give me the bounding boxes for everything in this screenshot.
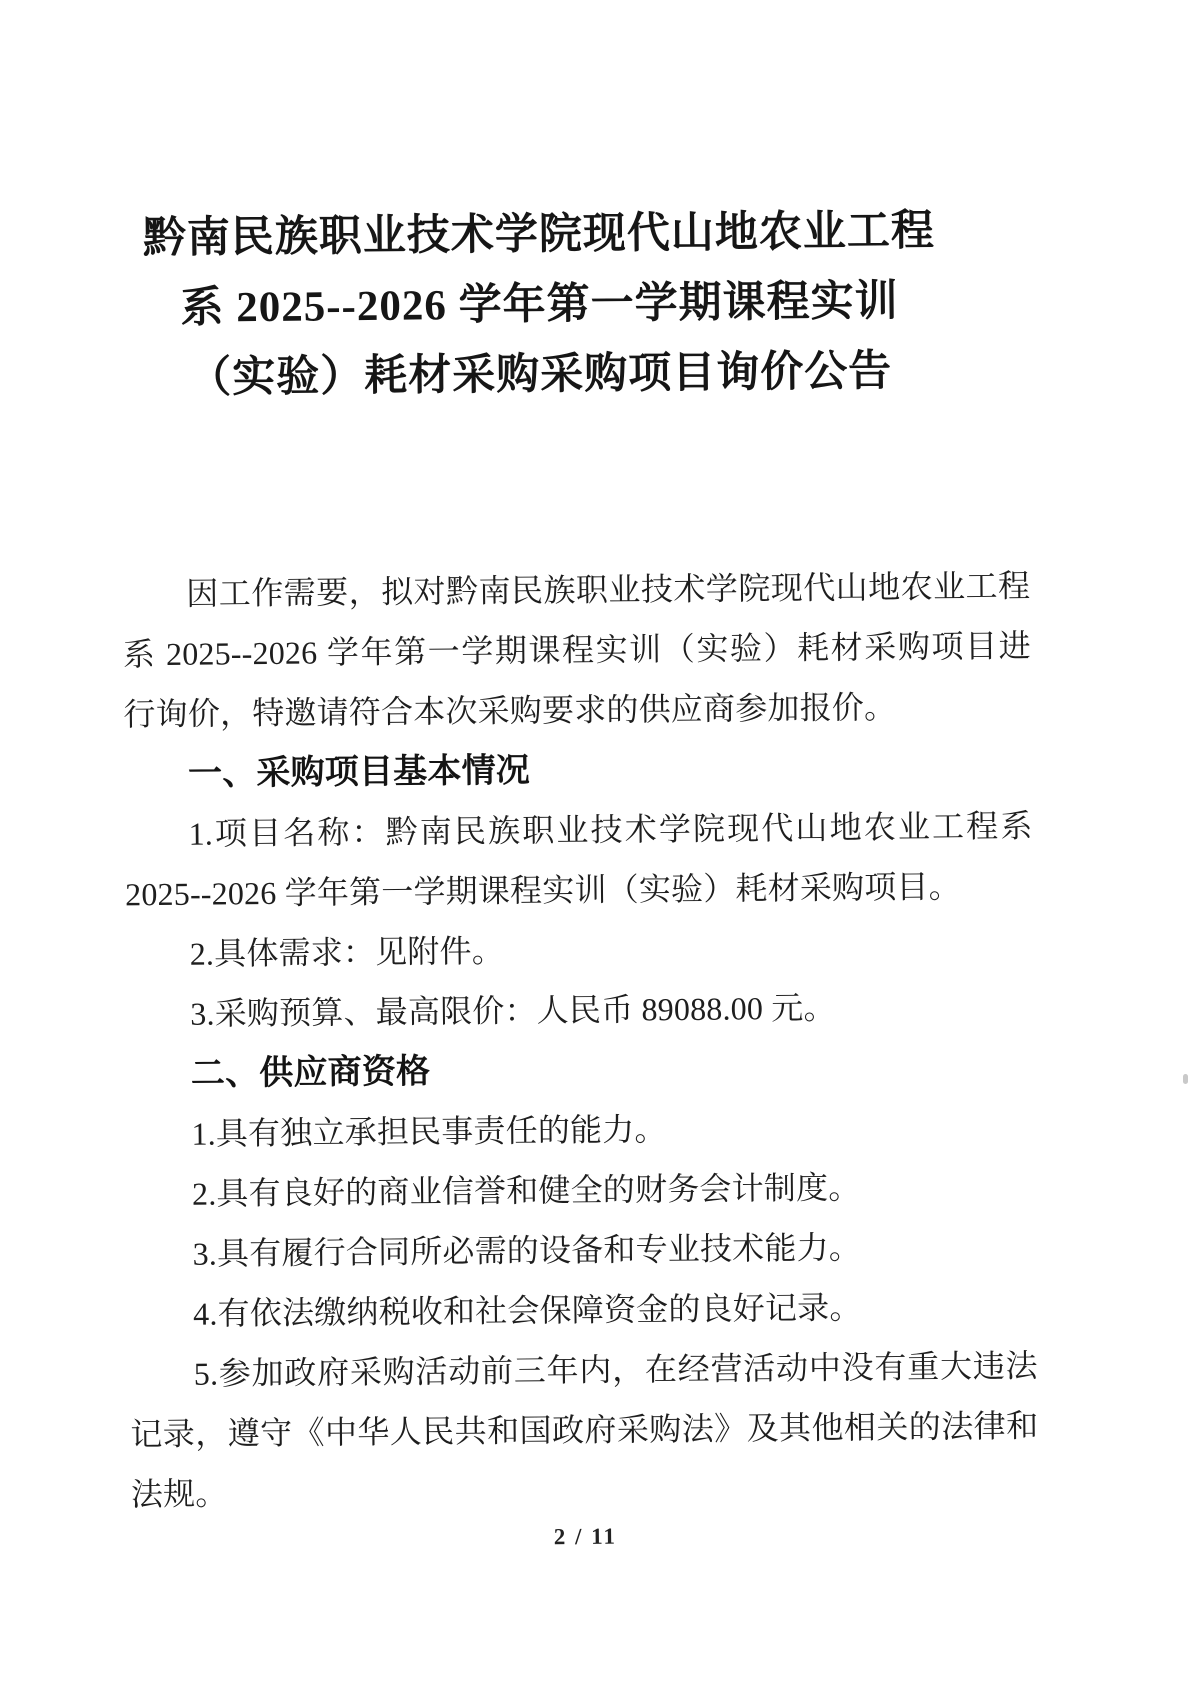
qualification-4: 4.有依法缴纳税收和社会保障资金的良好记录。 xyxy=(129,1276,1038,1345)
intro-line-2: 系 2025--2026 学年第一学期课程实训（实验）耗材采购项目进 xyxy=(123,616,1032,685)
document-body: 因工作需要，拟对黔南民族职业技术学院现代山地农业工程 系 2025--2026 … xyxy=(122,556,1039,1525)
requirement-line: 2.具体需求：见附件。 xyxy=(125,916,1034,985)
budget-line: 3.采购预算、最高限价：人民币 89088.00 元。 xyxy=(126,976,1035,1045)
intro-line-3: 行询价，特邀请符合本次采购要求的供应商参加报价。 xyxy=(123,676,1032,745)
qualification-3: 3.具有履行合同所必需的设备和专业技术能力。 xyxy=(128,1216,1037,1285)
qualification-2: 2.具有良好的商业信誉和健全的财务会计制度。 xyxy=(128,1156,1037,1225)
project-name-line-1: 1.项目名称：黔南民族职业技术学院现代山地农业工程系 xyxy=(124,796,1033,865)
intro-line-1: 因工作需要，拟对黔南民族职业技术学院现代山地农业工程 xyxy=(122,556,1031,625)
project-name-line-2: 2025--2026 学年第一学期课程实训（实验）耗材采购项目。 xyxy=(125,856,1034,925)
scan-speck xyxy=(1183,1074,1188,1084)
section-1-heading: 一、采购项目基本情况 xyxy=(124,736,1033,805)
title-line-3: （实验）耗材采购采购项目询价公告 xyxy=(120,336,961,414)
document-content: 黔南民族职业技术学院现代山地农业工程 系 2025--2026 学年第一学期课程… xyxy=(119,196,1040,1555)
page-number: 2 / 11 xyxy=(131,1520,1039,1555)
document-title: 黔南民族职业技术学院现代山地农业工程 系 2025--2026 学年第一学期课程… xyxy=(119,196,961,414)
document-page: 黔南民族职业技术学院现代山地农业工程 系 2025--2026 学年第一学期课程… xyxy=(0,0,1190,1688)
section-2-heading: 二、供应商资格 xyxy=(127,1036,1036,1105)
qualification-1: 1.具有独立承担民事责任的能力。 xyxy=(127,1096,1036,1165)
title-line-1: 黔南民族职业技术学院现代山地农业工程 xyxy=(119,196,960,274)
title-line-2: 系 2025--2026 学年第一学期课程实训 xyxy=(119,266,960,344)
qualification-5-line-3: 法规。 xyxy=(131,1456,1040,1525)
qualification-5-line-1: 5.参加政府采购活动前三年内，在经营活动中没有重大违法 xyxy=(129,1336,1038,1405)
qualification-5-line-2: 记录，遵守《中华人民共和国政府采购法》及其他相关的法律和 xyxy=(130,1396,1039,1465)
